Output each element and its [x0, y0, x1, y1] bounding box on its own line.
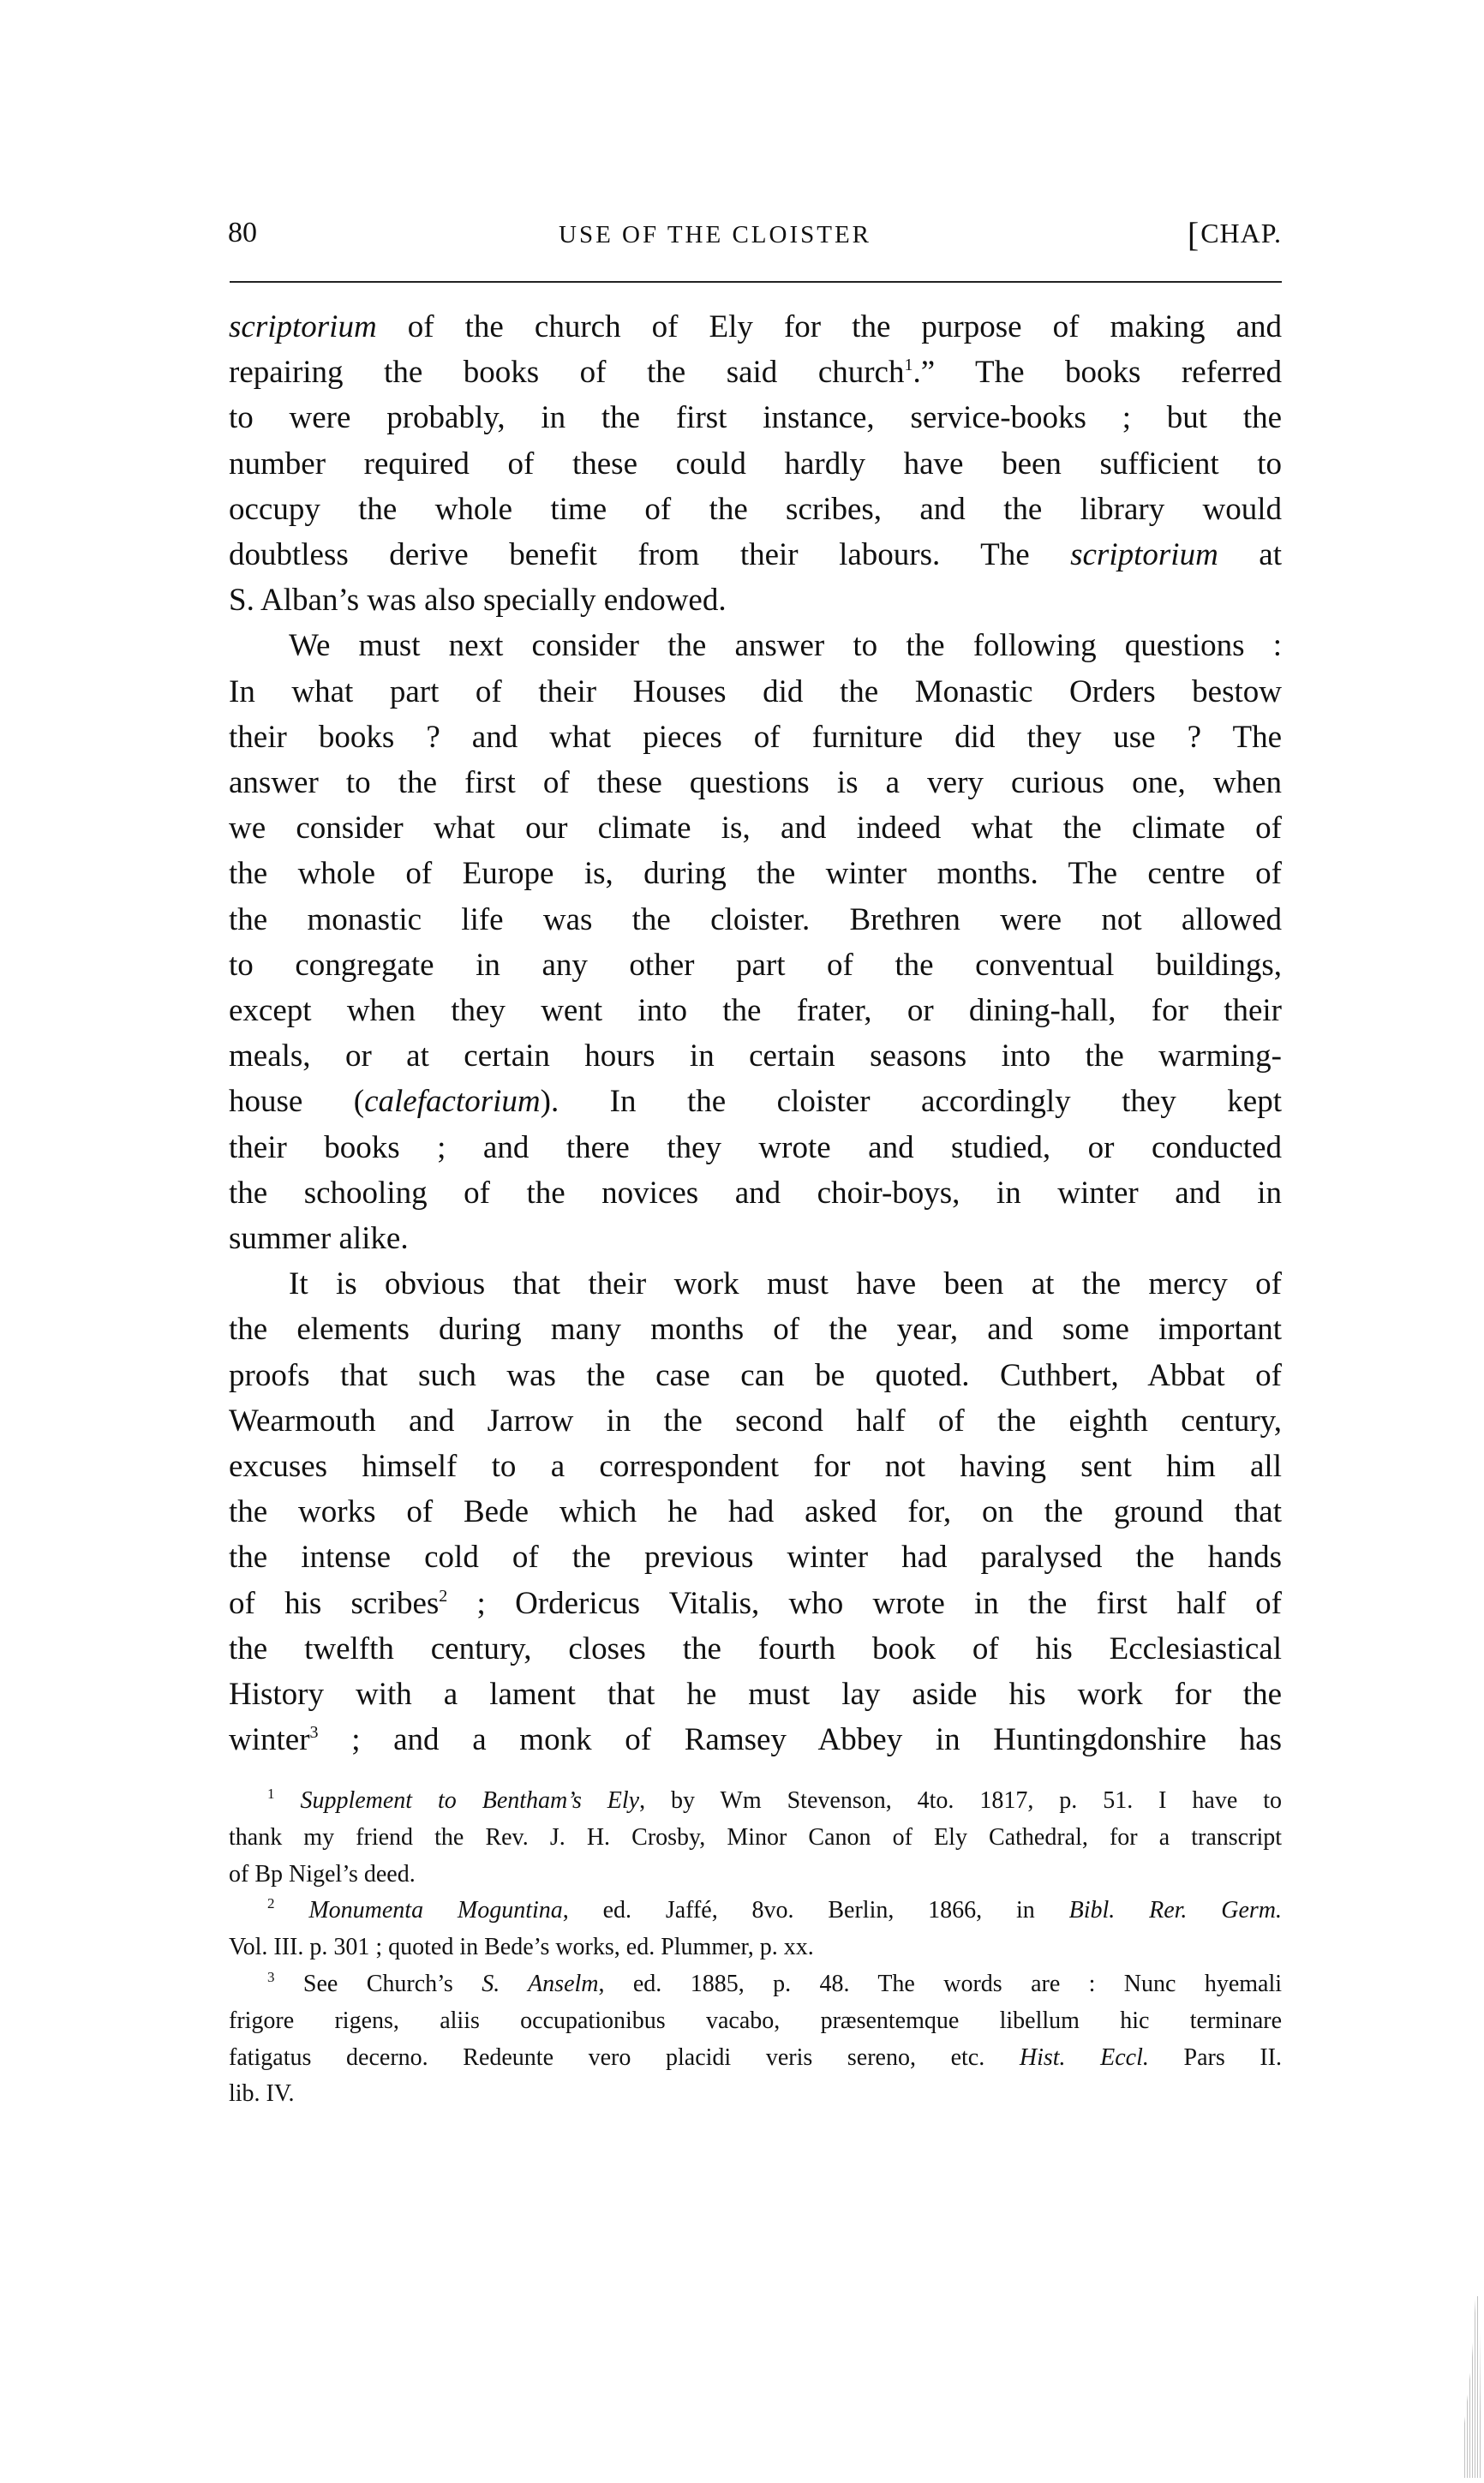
footnote-marker: 2 — [267, 1895, 275, 1912]
footnote-marker: 1 — [267, 1786, 275, 1802]
footnote-line: 2 Monumenta Moguntina, ed. Jaffé, 8vo. B… — [267, 1892, 1282, 1929]
text-run — [275, 1787, 301, 1814]
footnote-line: frigore rigens, aliis occupationibus vac… — [229, 2002, 1282, 2039]
text-run: , ed. 1885, p. 48. The words are : Nunc … — [599, 1971, 1283, 1997]
footnote-line: thank my friend the Rev. J. H. Crosby, M… — [229, 1819, 1282, 1856]
book-page: 80 USE OF THE CLOISTER [CHAP. scriptoriu… — [0, 0, 1484, 2483]
text-run — [275, 1897, 309, 1924]
footnote-line: 1 Supplement to Bentham’s Ely, by Wm Ste… — [267, 1782, 1282, 1819]
text-run: frigore rigens, aliis occupationibus vac… — [229, 2007, 1282, 2034]
footnote-line: of Bp Nigel’s deed. — [229, 1856, 1282, 1893]
italic-text: Supplement to Bentham’s Ely — [300, 1787, 639, 1814]
italic-text: S. Anselm — [482, 1971, 598, 1997]
footnotes: 1 Supplement to Bentham’s Ely, by Wm Ste… — [0, 0, 1484, 2483]
footnote-line: fatigatus decerno. Redeunte vero placidi… — [229, 2039, 1282, 2076]
footnote-marker: 3 — [267, 1969, 275, 1985]
text-run: Pars II. — [1149, 2044, 1282, 2071]
text-run: , ed. Jaffé, 8vo. Berlin, 1866, in — [563, 1897, 1069, 1924]
text-run: lib. IV. — [229, 2080, 295, 2107]
text-run: Vol. III. p. 301 ; quoted in Bede’s work… — [229, 1934, 814, 1960]
text-run: thank my friend the Rev. J. H. Crosby, M… — [229, 1824, 1282, 1851]
italic-text: Hist. Eccl. — [1020, 2044, 1149, 2071]
footnote-line: Vol. III. p. 301 ; quoted in Bede’s work… — [229, 1929, 1282, 1965]
footnote-line: lib. IV. — [229, 2075, 1282, 2112]
text-run: of Bp Nigel’s deed. — [229, 1861, 416, 1888]
italic-text: Bibl. Rer. Germ. — [1069, 1897, 1282, 1924]
text-run: , by Wm Stevenson, 4to. 1817, p. 51. I h… — [639, 1787, 1282, 1814]
text-run: fatigatus decerno. Redeunte vero placidi… — [229, 2044, 1020, 2071]
italic-text: Monumenta Moguntina — [308, 1897, 562, 1924]
text-run: See Church’s — [275, 1971, 482, 1997]
footnote-line: 3 See Church’s S. Anselm, ed. 1885, p. 4… — [267, 1965, 1282, 2002]
